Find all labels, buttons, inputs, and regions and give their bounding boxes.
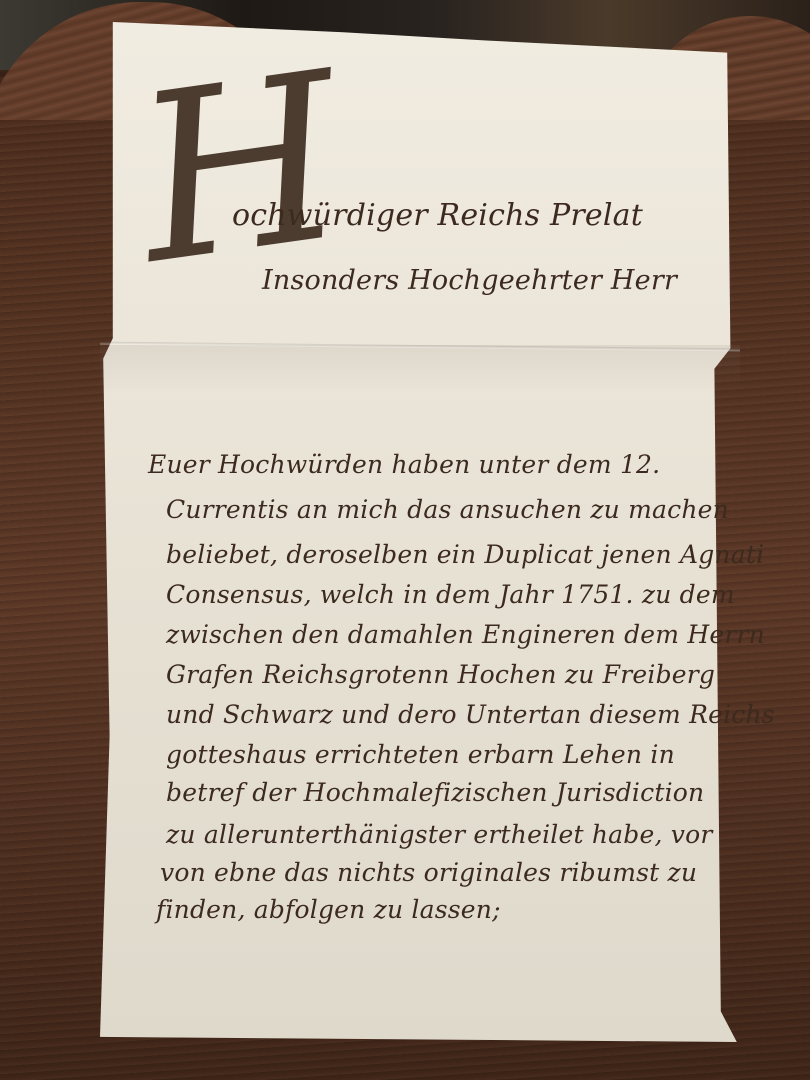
salutation-line-1: ochwürdiger Reichs Prelat — [232, 198, 643, 233]
fold-shadow — [100, 345, 740, 395]
body-line: gotteshaus errichteten erbarn Lehen in — [166, 740, 675, 769]
body-line: Currentis an mich das ansuchen zu machen — [166, 495, 729, 524]
body-line: beliebet, deroselben ein Duplicat jenen … — [166, 540, 764, 569]
bleed-through-text — [180, 375, 188, 400]
body-line: und Schwarz und dero Untertan diesem Rei… — [166, 700, 775, 729]
salutation-line-2: Insonders Hochgeehrter Herr — [262, 265, 677, 296]
body-line: zu allerunterthänigster ertheilet habe, … — [166, 820, 712, 849]
decorative-initial: H — [125, 42, 356, 298]
body-line: zwischen den damahlen Engineren dem Herr… — [166, 620, 765, 649]
body-line: Consensus, welch in dem Jahr 1751. zu de… — [166, 580, 735, 609]
body-line: Euer Hochwürden haben unter dem 12. — [148, 450, 660, 479]
body-line: betref der Hochmalefizischen Jurisdictio… — [166, 778, 704, 807]
body-line: Grafen Reichsgrotenn Hochen zu Freiberg — [166, 660, 715, 689]
body-line: von ebne das nichts originales ribumst z… — [160, 858, 697, 887]
body-line: finden, abfolgen zu lassen; — [156, 895, 501, 924]
